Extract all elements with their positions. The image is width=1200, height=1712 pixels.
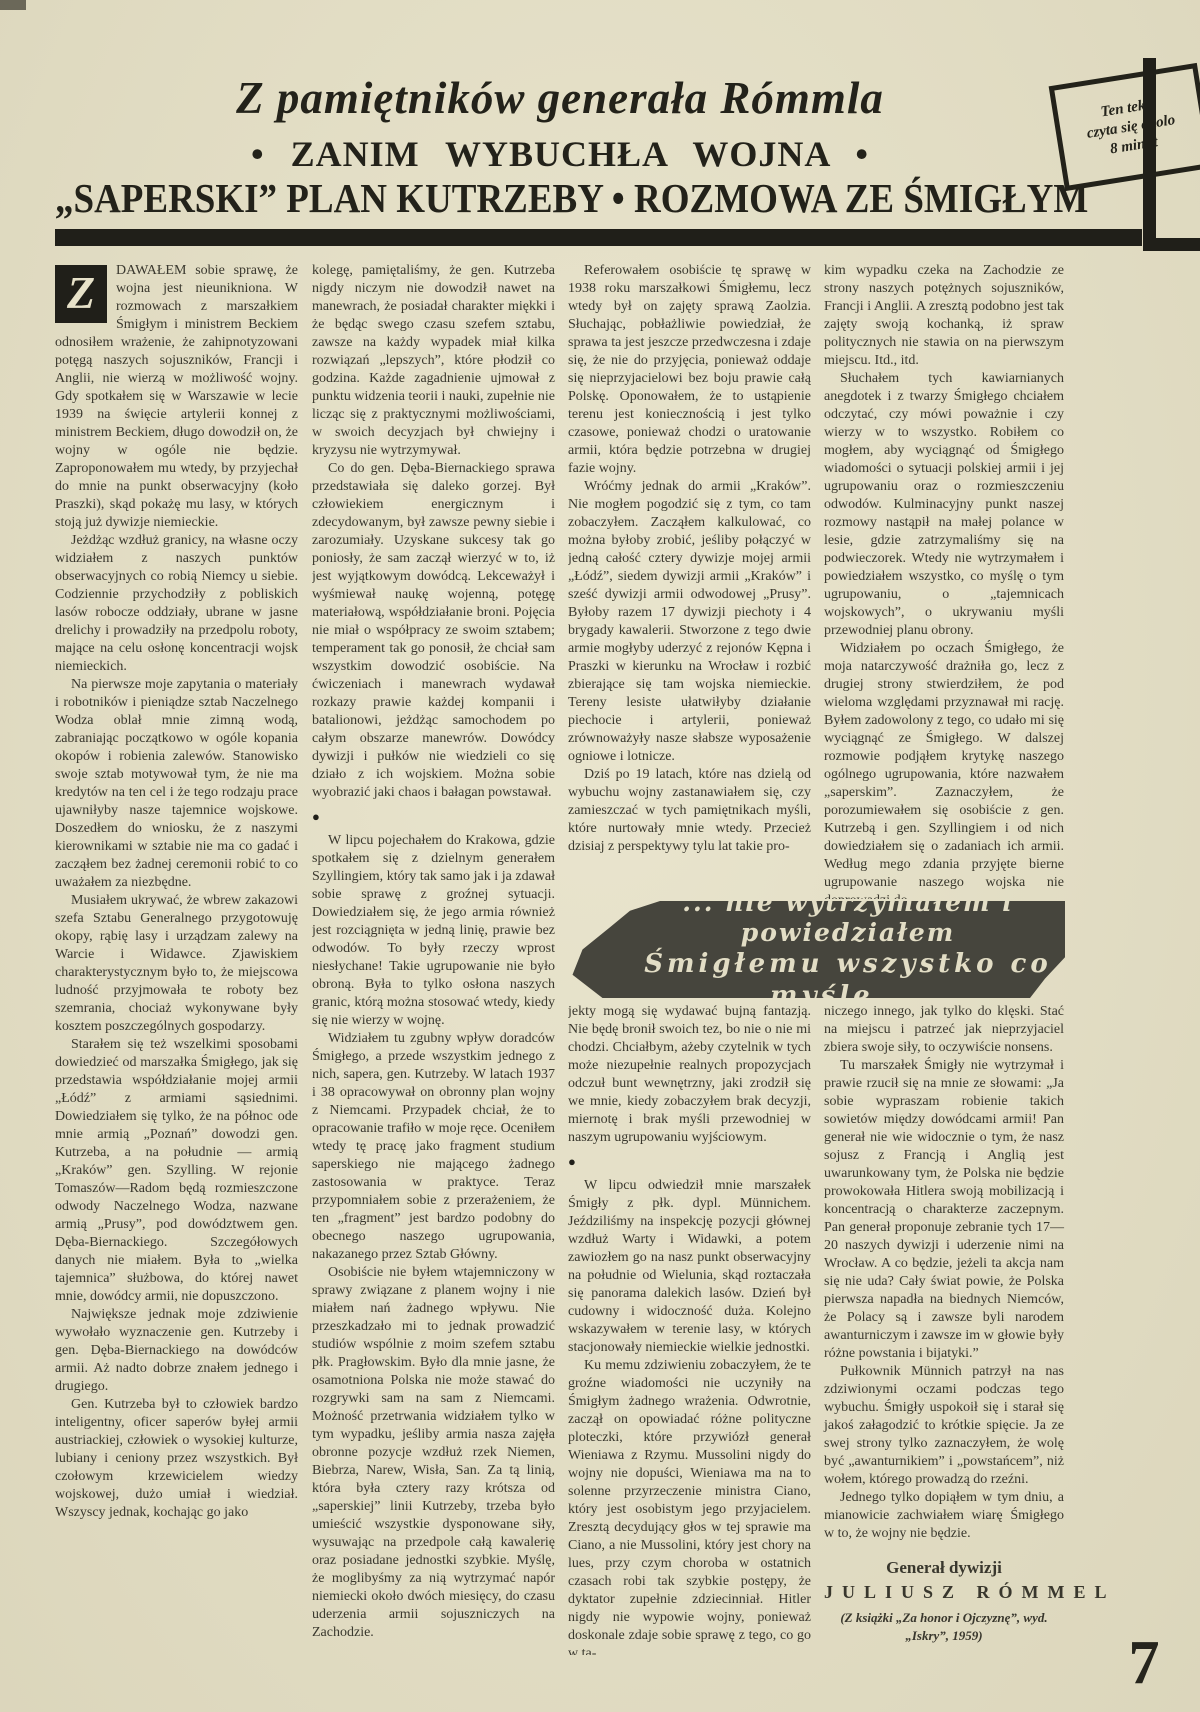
paragraph: niczego innego, jak tylko do klęski. Sta… xyxy=(824,1003,1064,1057)
column-4-lower-block: niczego innego, jak tylko do klęski. Sta… xyxy=(824,1003,1064,1655)
paragraph: Dziś po 19 latach, które nas dzielą od w… xyxy=(568,766,811,856)
paragraph: kim wypadku czeka na Zachodzie ze strony… xyxy=(824,262,1064,370)
section-separator-dot: ● xyxy=(568,1147,811,1177)
signature-rank: Generał dywizji xyxy=(824,1557,1064,1579)
column-4-upper-block: kim wypadku czeka na Zachodzie ze strony… xyxy=(824,262,1064,899)
paragraph: Pułkownik Münnich patrzył na nas zdziwio… xyxy=(824,1363,1064,1489)
paragraph: Jednego tylko dopiąłem w tym dniu, a mia… xyxy=(824,1489,1064,1543)
page-title: Z pamiętników generała Rómmla xyxy=(55,72,1065,124)
article-column-1: ZDAWAŁEM sobie sprawę, że wojna jest nie… xyxy=(55,262,298,1654)
signature-source-note: (Z książki „Za honor i Ojczyznę”, wyd. „… xyxy=(824,1609,1064,1645)
headline-zanim-wybuchla-wojna: • ZANIM WYBUCHŁA WOJNA • xyxy=(55,133,1065,175)
reading-time-badge: Ten tekst czyta się okolo 8 minut xyxy=(1049,63,1200,191)
signature-name: JULIUSZ RÓMMEL xyxy=(824,1579,1064,1605)
column-3-upper-block: Referowałem osobiście tę sprawę w 1938 r… xyxy=(568,262,811,899)
paragraph: Starałem się też wszelkimi sposobami dow… xyxy=(55,1036,298,1306)
paragraph: ZDAWAŁEM sobie sprawę, że wojna jest nie… xyxy=(55,262,298,532)
paragraph: Wróćmy jednak do armii „Kraków”. Nie mog… xyxy=(568,478,811,766)
paragraph: Największe jednak moje zdziwienie wywoła… xyxy=(55,1306,298,1396)
scan-blemish xyxy=(0,0,26,10)
paragraph: Referowałem osobiście tę sprawę w 1938 r… xyxy=(568,262,811,478)
paragraph: W lipcu pojechałem do Krakowa, gdzie spo… xyxy=(312,832,555,1030)
paragraph: Musiałem ukrywać, że wbrew zakazowi szef… xyxy=(55,892,298,1036)
paragraph: kolegę, pamiętaliśmy, że gen. Kutrzeba n… xyxy=(312,262,555,460)
corner-frame-horizontal-bar xyxy=(1143,238,1200,251)
paragraph: Gen. Kutrzeba był to człowiek bardzo int… xyxy=(55,1396,298,1522)
dropcap-letter-z: Z xyxy=(55,265,107,323)
header-rule-bar xyxy=(55,229,1142,246)
paragraph: Co do gen. Dęba-Biernackiego sprawa prze… xyxy=(312,460,555,802)
paragraph: Na pierwsze moje zapytania o materiały i… xyxy=(55,676,298,892)
paragraph: Widziałem po oczach Śmigłego, że moja na… xyxy=(824,640,1064,899)
column-3-lower-block: jekty mogą się wydawać bujną fantazją. N… xyxy=(568,1003,811,1655)
signature-block: Generał dywizji JULIUSZ RÓMMEL (Z książk… xyxy=(824,1557,1064,1645)
section-separator-dot: ● xyxy=(312,802,555,832)
corner-frame-vertical-bar xyxy=(1143,58,1156,248)
paragraph: Ku memu zdziwieniu zobaczyłem, że te gro… xyxy=(568,1357,811,1655)
paragraph: Jeżdżąc wzdłuż granicy, na własne oczy w… xyxy=(55,532,298,676)
paragraph: Tu marszałek Śmigły nie wytrzymał i praw… xyxy=(824,1057,1064,1363)
paragraph: W lipcu odwiedził mnie marszałek Śmigły … xyxy=(568,1177,811,1357)
newspaper-page: Z pamiętników generała Rómmla Ten tekst … xyxy=(0,0,1200,1712)
paragraph: Widziałem tu zgubny wpływ doradców Śmigł… xyxy=(312,1030,555,1264)
headline-saperski-plan: „SAPERSKI” PLAN KUTRZEBY • ROZMOWA ZE ŚM… xyxy=(55,175,1067,223)
pull-quote-banner: ... nie wytrzymałem i powiedziałem Śmigł… xyxy=(565,901,1065,998)
paragraph: jekty mogą się wydawać bujną fantazją. N… xyxy=(568,1003,811,1147)
article-column-2: kolegę, pamiętaliśmy, że gen. Kutrzeba n… xyxy=(312,262,555,1654)
paragraph: Osobiście nie byłem wtajemniczony w spra… xyxy=(312,1264,555,1642)
paragraph: Słuchałem tych kawiarnianych anegdotek i… xyxy=(824,370,1064,640)
page-number: 7 xyxy=(1104,1628,1184,1699)
